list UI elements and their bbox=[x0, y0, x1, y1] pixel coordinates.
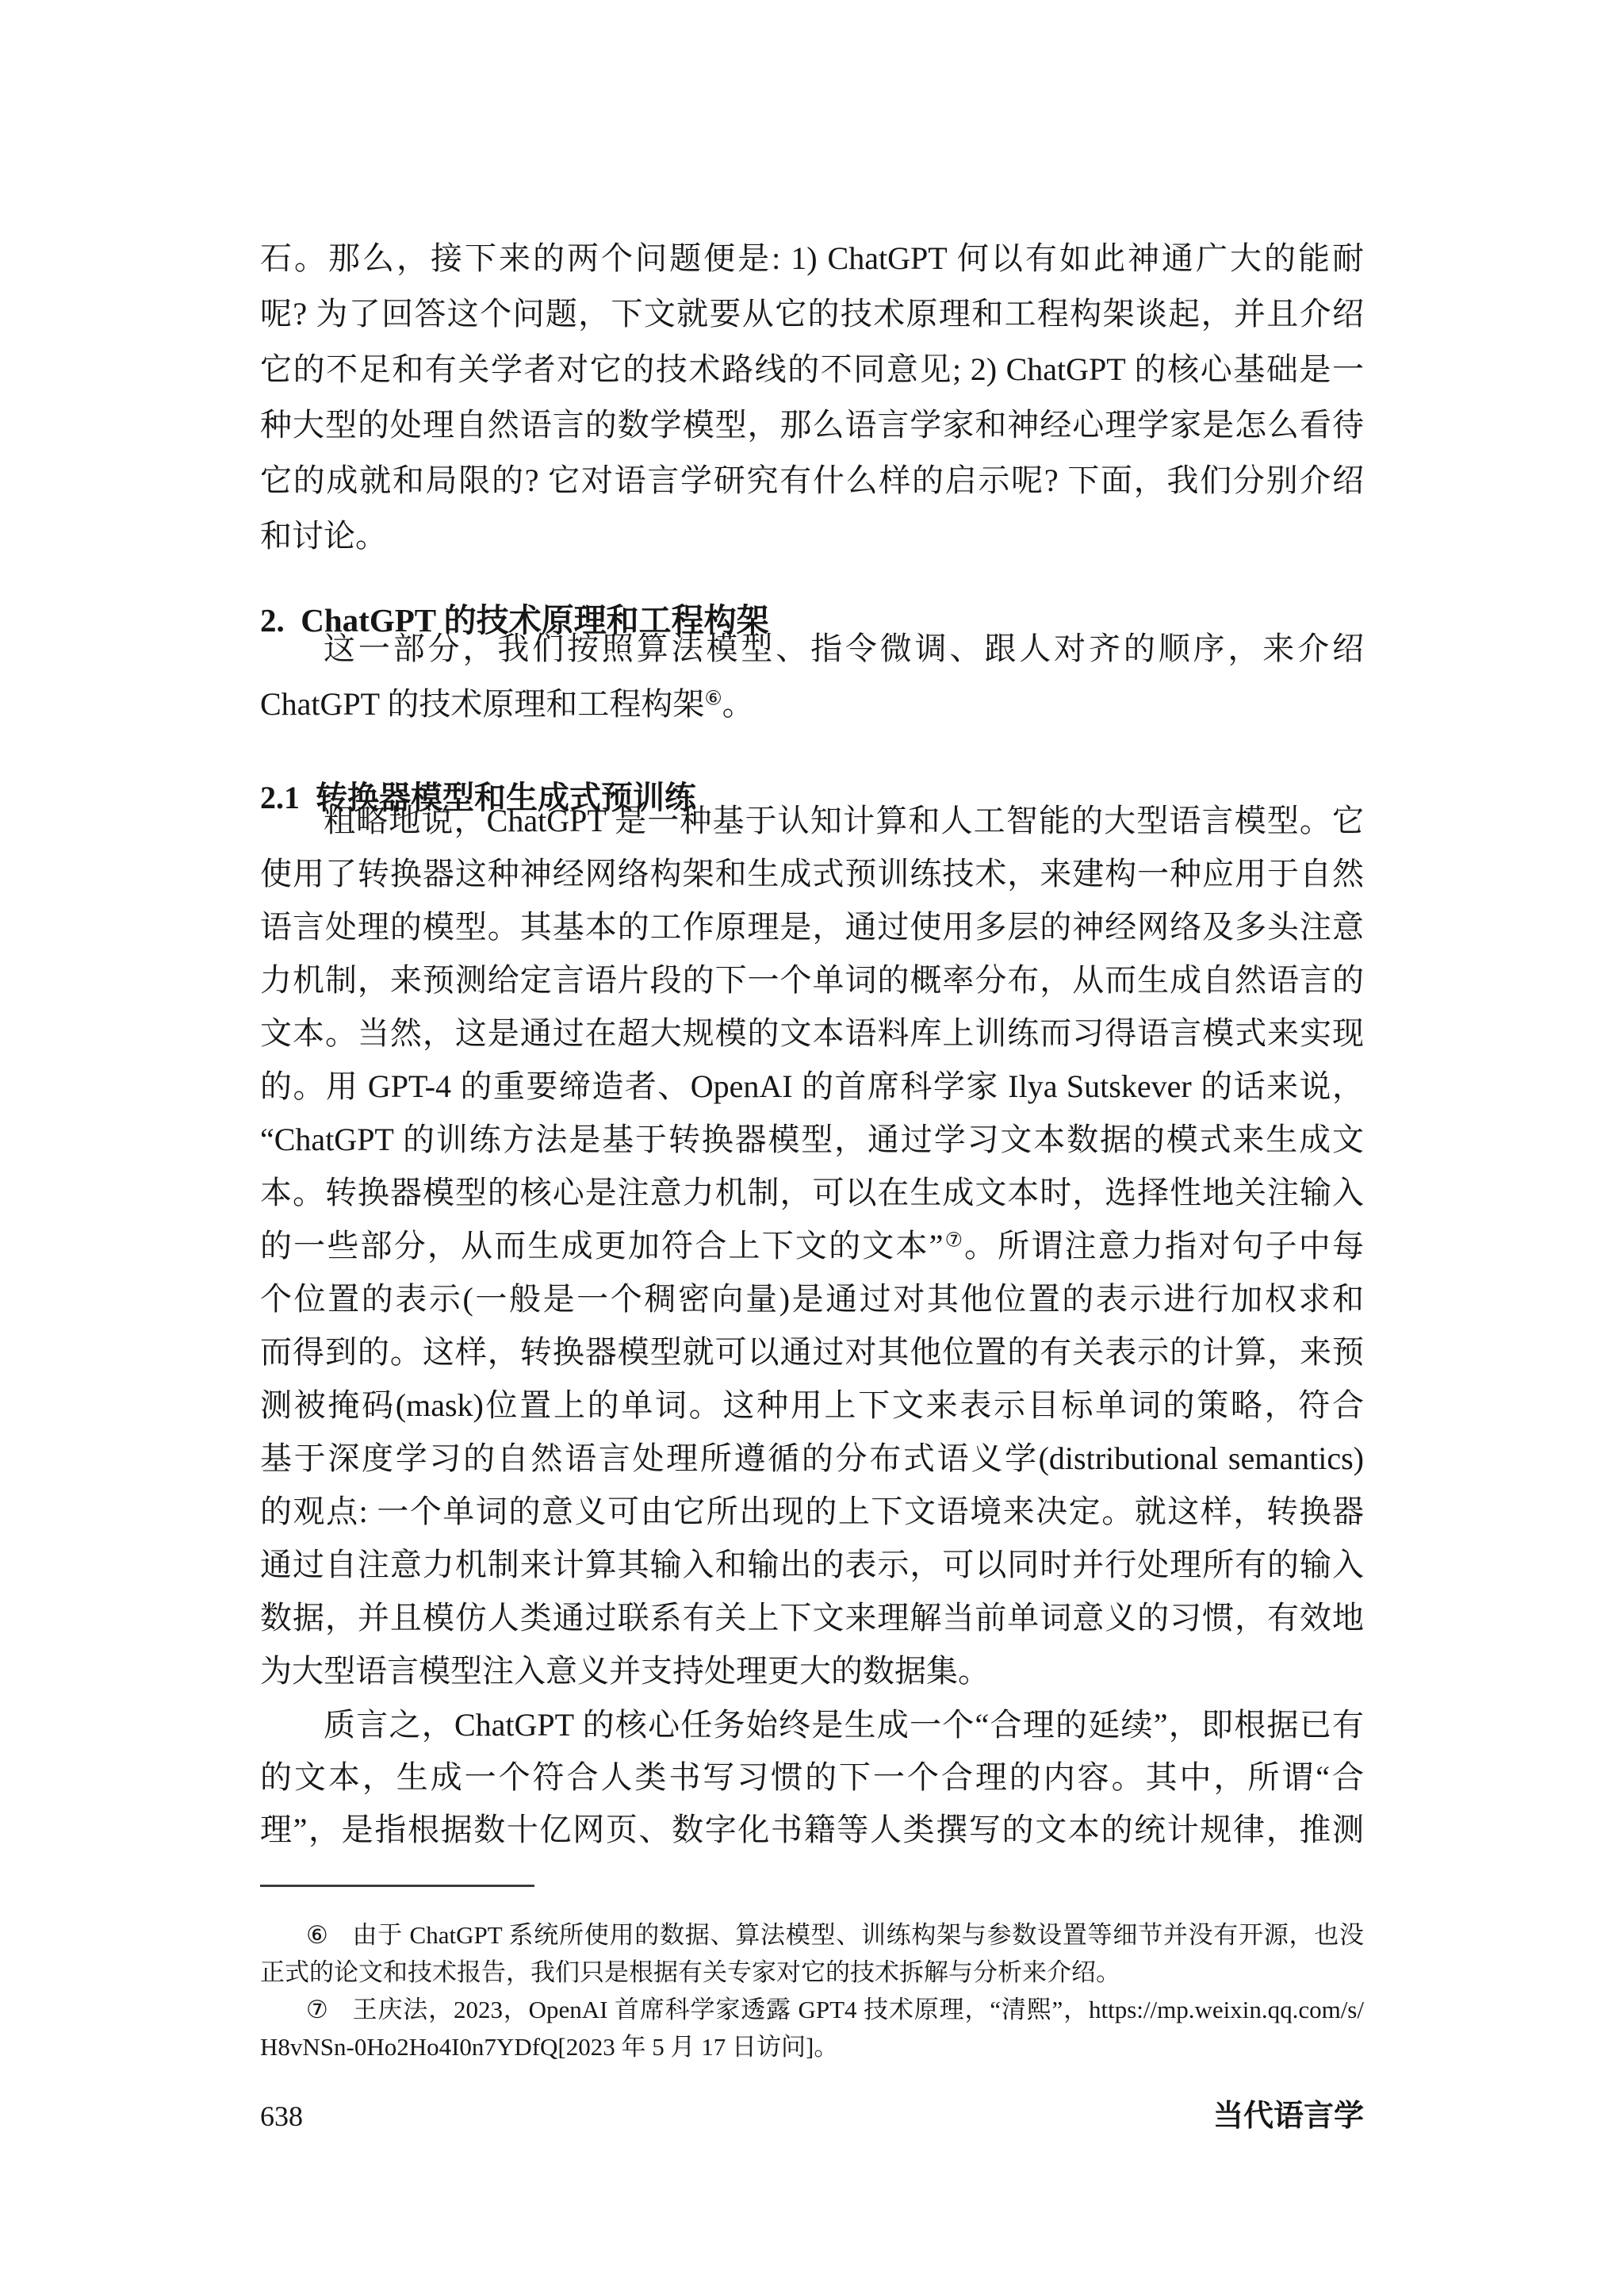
footnote-number: ⑦ bbox=[306, 1996, 329, 2023]
body-line: 个位置的表示(一般是一个稠密向量)是通过对其他位置的表示进行加权求和 bbox=[260, 1272, 1364, 1325]
footnote-line: 正式的论文和技术报告，我们只是根据有关专家对它的技术拆解与分析来介绍。 bbox=[260, 1954, 1364, 1991]
body-line: 语言处理的模型。其基本的工作原理是，通过使用多层的神经网络及多头注意 bbox=[260, 900, 1364, 953]
body-line: 这一部分，我们按照算法模型、指令微调、跟人对齐的顺序，来介绍 bbox=[260, 621, 1364, 677]
body-line: 基于深度学习的自然语言处理所遵循的分布式语义学(distributional s… bbox=[260, 1432, 1364, 1485]
body-line: 为大型语言模型注入意义并支持处理更大的数据集。 bbox=[260, 1644, 1364, 1697]
footnote-ref-marker: ⑦ bbox=[943, 1230, 964, 1252]
body-line: 呢? 为了回答这个问题，下文就要从它的技术原理和工程构架谈起，并且介绍 bbox=[260, 286, 1364, 342]
body-line: 通过自注意力机制来计算其输入和输出的表示，可以同时并行处理所有的输入 bbox=[260, 1538, 1364, 1591]
footnote-line: ⑦王庆法，2023，OpenAI 首席科学家透露 GPT4 技术原理，“清熙”，… bbox=[260, 1991, 1364, 2028]
footnote-line: ⑥由于 ChatGPT 系统所使用的数据、算法模型、训练构架与参数设置等细节并没… bbox=[260, 1916, 1364, 1954]
page-number: 638 bbox=[260, 2100, 303, 2133]
paragraph-section-intro: 这一部分，我们按照算法模型、指令微调、跟人对齐的顺序，来介绍ChatGPT 的技… bbox=[260, 621, 1364, 732]
body-line: 种大型的处理自然语言的数学模型，那么语言学家和神经心理学家是怎么看待 bbox=[260, 397, 1364, 453]
page-footer: 638 当代语言学 bbox=[260, 2091, 1364, 2134]
footnotes: ⑥由于 ChatGPT 系统所使用的数据、算法模型、训练构架与参数设置等细节并没… bbox=[260, 1916, 1364, 2065]
paragraph-reasonable-continuation: 质言之，ChatGPT 的核心任务始终是生成一个“合理的延续”，即根据已有的文本… bbox=[260, 1699, 1364, 1856]
body-line: 质言之，ChatGPT 的核心任务始终是生成一个“合理的延续”，即根据已有 bbox=[260, 1699, 1364, 1751]
journal-page: 石。那么，接下来的两个问题便是: 1) ChatGPT 何以有如此神通广大的能耐… bbox=[0, 0, 1624, 2282]
body-line: 使用了转换器这种神经网络构架和生成式预训练技术，来建构一种应用于自然 bbox=[260, 847, 1364, 900]
body-line: 的观点: 一个单词的意义可由它所出现的上下文语境来决定。就这样，转换器 bbox=[260, 1485, 1364, 1538]
footnote-number: ⑥ bbox=[306, 1921, 329, 1949]
paragraph-opening: 石。那么，接下来的两个问题便是: 1) ChatGPT 何以有如此神通广大的能耐… bbox=[260, 231, 1364, 564]
body-line: 测被掩码(mask)位置上的单词。这种用上下文来表示目标单词的策略，符合 bbox=[260, 1379, 1364, 1432]
body-line: 力机制，来预测给定言语片段的下一个单词的概率分布，从而生成自然语言的 bbox=[260, 953, 1364, 1007]
footnote-line: H8vNSn-0Ho2Ho4I0n7YDfQ[2023 年 5 月 17 日访问… bbox=[260, 2028, 1364, 2065]
body-line: 的一些部分，从而生成更加符合上下文的文本”⑦。所谓注意力指对句子中每 bbox=[260, 1219, 1364, 1272]
body-line: “ChatGPT 的训练方法是基于转换器模型，通过学习文本数据的模式来生成文 bbox=[260, 1113, 1364, 1166]
body-line: 粗略地说，ChatGPT 是一种基于认知计算和人工智能的大型语言模型。它 bbox=[260, 794, 1364, 847]
body-line: 数据，并且模仿人类通过联系有关上下文来理解当前单词意义的习惯，有效地 bbox=[260, 1591, 1364, 1644]
body-line: 和讨论。 bbox=[260, 508, 1364, 564]
body-line: 石。那么，接下来的两个问题便是: 1) ChatGPT 何以有如此神通广大的能耐 bbox=[260, 231, 1364, 286]
footnote-ref-marker: ⑥ bbox=[704, 688, 722, 710]
body-line: 本。转换器模型的核心是注意力机制，可以在生成文本时，选择性地关注输入 bbox=[260, 1166, 1364, 1219]
body-line: 的。用 GPT-4 的重要缔造者、OpenAI 的首席科学家 Ilya Suts… bbox=[260, 1060, 1364, 1113]
body-line: 的文本，生成一个符合人类书写习惯的下一个合理的内容。其中，所谓“合 bbox=[260, 1751, 1364, 1804]
journal-name: 当代语言学 bbox=[1213, 2091, 1364, 2134]
body-line: ChatGPT 的技术原理和工程构架⑥。 bbox=[260, 677, 1364, 732]
body-line: 理”，是指根据数十亿网页、数字化书籍等人类撰写的文本的统计规律，推测 bbox=[260, 1804, 1364, 1856]
footnote-separator bbox=[260, 1885, 534, 1887]
body-line: 文本。当然，这是通过在超大规模的文本语料库上训练而习得语言模式来实现 bbox=[260, 1007, 1364, 1060]
body-line: 它的不足和有关学者对它的技术路线的不同意见; 2) ChatGPT 的核心基础是… bbox=[260, 342, 1364, 397]
body-line: 而得到的。这样，转换器模型就可以通过对其他位置的有关表示的计算，来预 bbox=[260, 1325, 1364, 1379]
paragraph-transformer: 粗略地说，ChatGPT 是一种基于认知计算和人工智能的大型语言模型。它使用了转… bbox=[260, 794, 1364, 1697]
body-line: 它的成就和局限的? 它对语言学研究有什么样的启示呢? 下面，我们分别介绍 bbox=[260, 453, 1364, 508]
